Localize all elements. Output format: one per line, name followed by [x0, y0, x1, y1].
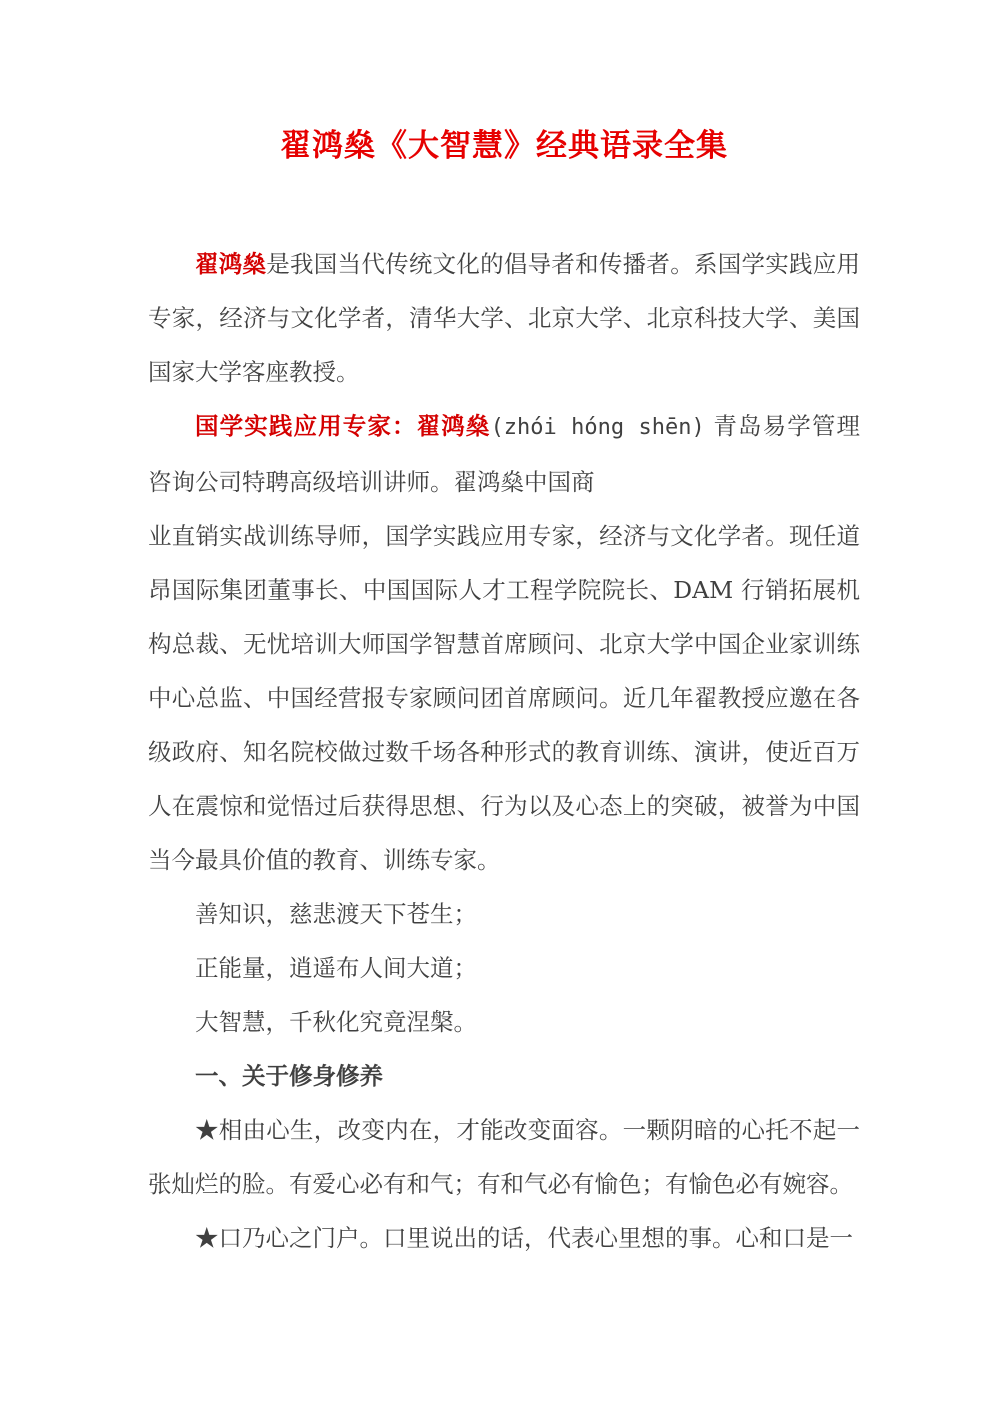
bio-paragraph: 国学实践应用专家：翟鸿燊(zhói hóng shēn) 青岛易学管理咨询公司特…	[148, 399, 860, 887]
section1-item-2: ★口乃心之门户。口里说出的话，代表心里想的事。心和口是一	[148, 1211, 860, 1265]
document-title: 翟鸿燊《大智慧》经典语录全集	[148, 125, 860, 167]
quote-line-2: 正能量，逍遥布人间大道；	[148, 941, 860, 995]
document-page: 翟鸿燊《大智慧》经典语录全集 翟鸿燊是我国当代传统文化的倡导者和传播者。系国学实…	[0, 0, 993, 1404]
quote-line-3: 大智慧，千秋化究竟涅槃。	[148, 995, 860, 1049]
bio-pinyin: (zhói hóng shēn)	[491, 415, 705, 440]
intro-highlight-name: 翟鸿燊	[195, 250, 266, 278]
section1-item-1: ★相由心生，改变内在，才能改变面容。一颗阴暗的心托不起一张灿烂的脸。有爱心必有和…	[148, 1103, 860, 1211]
bio-highlight-title: 国学实践应用专家：翟鸿燊	[195, 412, 491, 440]
quote-line-1: 善知识，慈悲渡天下苍生；	[148, 887, 860, 941]
section-heading-1: 一、关于修身修养	[148, 1049, 860, 1103]
bio-line2-text: 业直销实战训练导师，国学实践应用专家，经济与文化学者。现任道昂国际集团董事长、中…	[148, 522, 860, 874]
intro-paragraph: 翟鸿燊是我国当代传统文化的倡导者和传播者。系国学实践应用专家，经济与文化学者，清…	[148, 237, 860, 399]
